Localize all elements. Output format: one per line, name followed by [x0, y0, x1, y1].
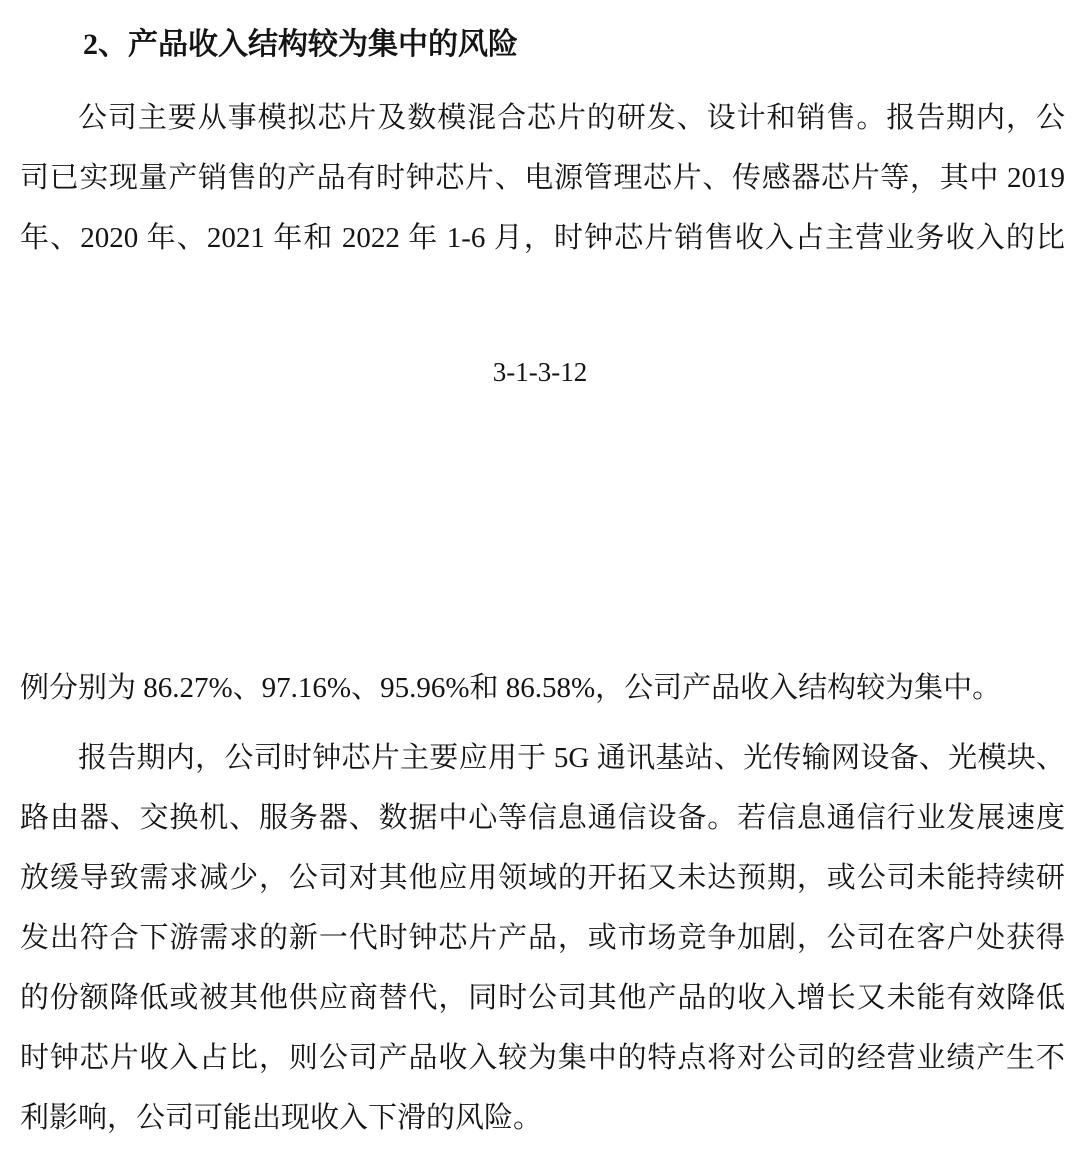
page-number: 3-1-3-12: [0, 352, 1080, 392]
text-line: 时钟芯片收入占比，则公司产品收入较为集中的特点将对公司的经营业绩产生不: [20, 1028, 1065, 1088]
text-line: 例分别为 86.27%、97.16%、95.96%和 86.58%，公司产品收入…: [20, 658, 1076, 718]
text-line: 发出符合下游需求的新一代时钟芯片产品，或市场竞争加剧，公司在客户处获得: [20, 908, 1065, 968]
text-line: 报告期内，公司时钟芯片主要应用于 5G 通讯基站、光传输网设备、光模块、: [20, 728, 1065, 788]
section-heading: 2、产品收入结构较为集中的风险: [83, 25, 518, 65]
text-line: 路由器、交换机、服务器、数据中心等信息通信设备。若信息通信行业发展速度: [20, 788, 1065, 848]
text-line: 的份额降低或被其他供应商替代，同时公司其他产品的收入增长又未能有效降低: [20, 968, 1065, 1028]
text-line: 公司主要从事模拟芯片及数模混合芯片的研发、设计和销售。报告期内，公: [20, 88, 1065, 148]
paragraph-1-continued: 例分别为 86.27%、97.16%、95.96%和 86.58%，公司产品收入…: [20, 658, 1076, 718]
text-line: 年、2020 年、2021 年和 2022 年 1-6 月，时钟芯片销售收入占主…: [20, 208, 1065, 268]
document-page: 2、产品收入结构较为集中的风险 公司主要从事模拟芯片及数模混合芯片的研发、设计和…: [0, 0, 1080, 1150]
text-line: 利影响，公司可能出现收入下滑的风险。: [20, 1088, 1065, 1148]
paragraph-2: 报告期内，公司时钟芯片主要应用于 5G 通讯基站、光传输网设备、光模块、路由器、…: [20, 728, 1065, 1148]
paragraph-1: 公司主要从事模拟芯片及数模混合芯片的研发、设计和销售。报告期内，公司已实现量产销…: [20, 88, 1065, 268]
text-line: 放缓导致需求减少，公司对其他应用领域的开拓又未达预期，或公司未能持续研: [20, 848, 1065, 908]
text-line: 司已实现量产销售的产品有时钟芯片、电源管理芯片、传感器芯片等，其中 2019: [20, 148, 1065, 208]
